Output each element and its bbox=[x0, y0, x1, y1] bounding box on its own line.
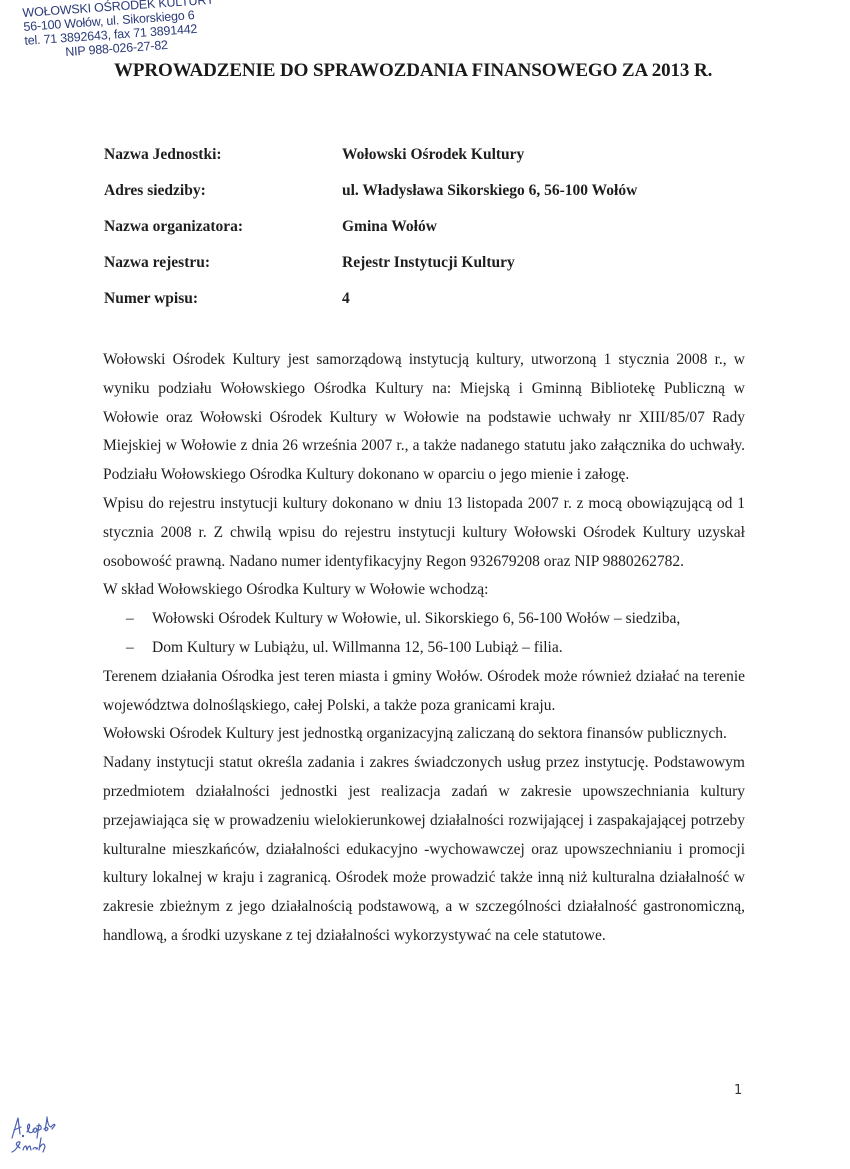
entity-info-table: Nazwa Jednostki: Wołowski Ośrodek Kultur… bbox=[104, 137, 637, 317]
info-row-entity-name: Nazwa Jednostki: Wołowski Ośrodek Kultur… bbox=[104, 137, 637, 173]
list-item: – Wołowski Ośrodek Kultury w Wołowie, ul… bbox=[103, 605, 745, 634]
document-body: Wołowski Ośrodek Kultury jest samorządow… bbox=[103, 346, 745, 951]
info-row-organizer: Nazwa organizatora: Gmina Wołów bbox=[104, 209, 637, 245]
institution-stamp: WOŁOWSKI OŚRODEK KULTURY 56-100 Wołów, u… bbox=[22, 0, 225, 62]
paragraph-registration: Wpisu do rejestru instytucji kultury dok… bbox=[103, 490, 745, 576]
info-label: Numer wpisu: bbox=[104, 290, 342, 308]
paragraph-sector: Wołowski Ośrodek Kultury jest jednostką … bbox=[103, 720, 745, 749]
paragraph-area: Terenem działania Ośrodka jest teren mia… bbox=[103, 663, 745, 721]
list-item-text: Dom Kultury w Lubiążu, ul. Willmanna 12,… bbox=[152, 634, 563, 663]
info-label: Nazwa rejestru: bbox=[104, 254, 342, 272]
paragraph-statute: Nadany instytucji statut określa zadania… bbox=[103, 749, 745, 951]
info-value: 4 bbox=[342, 290, 350, 308]
info-value: Gmina Wołów bbox=[342, 218, 437, 236]
paragraph-establishment: Wołowski Ośrodek Kultury jest samorządow… bbox=[103, 346, 745, 490]
info-row-address: Adres siedziby: ul. Władysława Sikorskie… bbox=[104, 173, 637, 209]
page-number: 1 bbox=[734, 1083, 742, 1098]
info-label: Nazwa organizatora: bbox=[104, 218, 342, 236]
info-value: Wołowski Ośrodek Kultury bbox=[342, 146, 524, 164]
list-item: – Dom Kultury w Lubiążu, ul. Willmanna 1… bbox=[103, 634, 745, 663]
units-list: – Wołowski Ośrodek Kultury w Wołowie, ul… bbox=[103, 605, 745, 663]
handwritten-signature-icon bbox=[6, 1112, 66, 1164]
info-label: Nazwa Jednostki: bbox=[104, 146, 342, 164]
info-row-register: Nazwa rejestru: Rejestr Instytucji Kultu… bbox=[104, 245, 637, 281]
info-row-entry-number: Numer wpisu: 4 bbox=[104, 281, 637, 317]
paragraph-composition-intro: W skład Wołowskiego Ośrodka Kultury w Wo… bbox=[103, 576, 745, 605]
info-value: ul. Władysława Sikorskiego 6, 56-100 Woł… bbox=[342, 182, 637, 200]
list-item-text: Wołowski Ośrodek Kultury w Wołowie, ul. … bbox=[152, 605, 680, 634]
dash-bullet-icon: – bbox=[126, 634, 152, 663]
document-title: WPROWADZENIE DO SPRAWOZDANIA FINANSOWEGO… bbox=[114, 60, 712, 82]
dash-bullet-icon: – bbox=[126, 605, 152, 634]
info-value: Rejestr Instytucji Kultury bbox=[342, 254, 515, 272]
info-label: Adres siedziby: bbox=[104, 182, 342, 200]
